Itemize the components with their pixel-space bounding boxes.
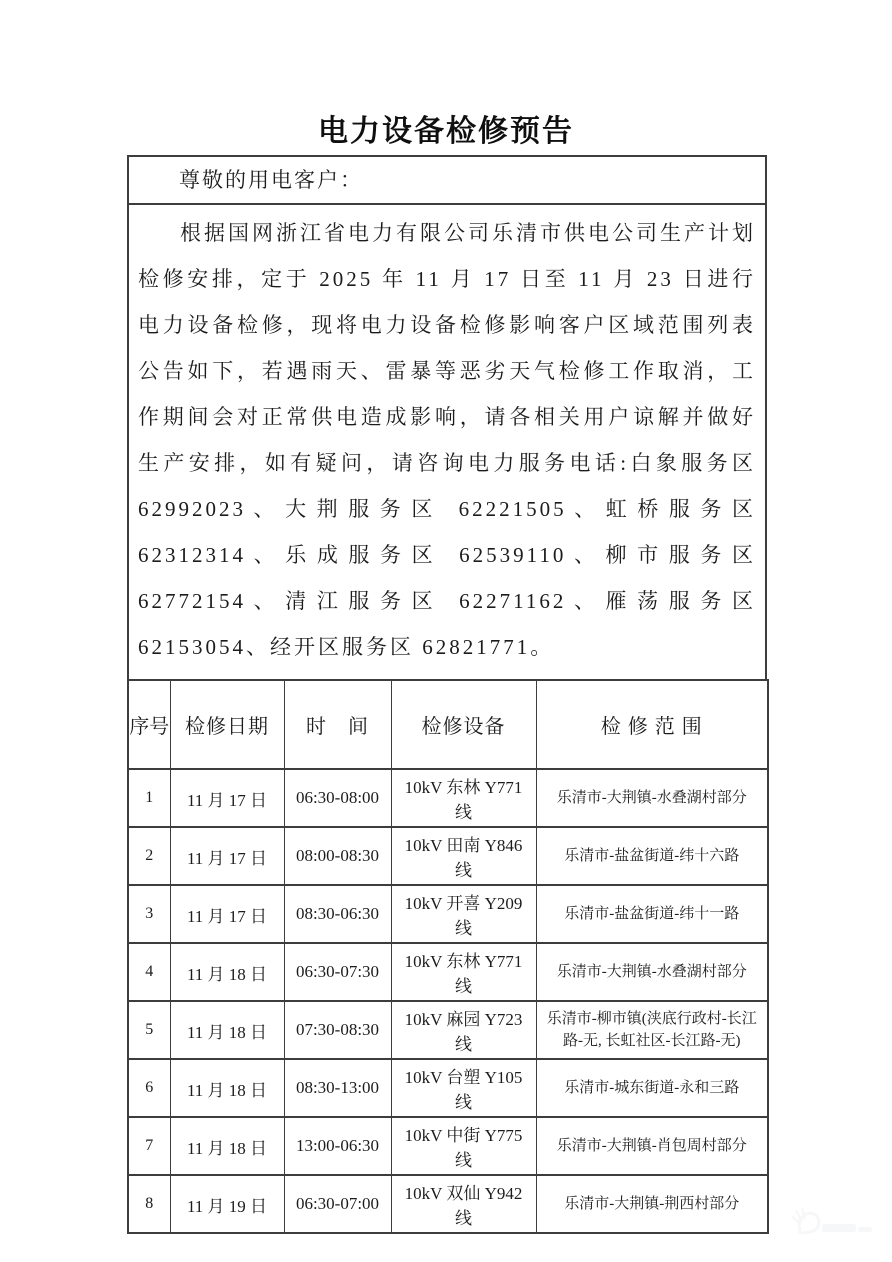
cell-seq: 8 (128, 1175, 170, 1233)
cell-scope: 乐清市-柳市镇(浃底行政村-长江路-无, 长虹社区-长江路-无) (536, 1001, 768, 1059)
notice-body-row: 根据国网浙江省电力有限公司乐清市供电公司生产计划检修安排，定于 2025 年 1… (127, 205, 767, 679)
cell-time: 06:30-07:30 (284, 943, 391, 1001)
maintenance-schedule-table: 序号 检修日期 时 间 检修设备 检 修 范 围 1 11 月 17 日 06:… (127, 679, 769, 1234)
table-row: 2 11 月 17 日 08:00-08:30 10kV 田南 Y846 线 乐… (128, 827, 768, 885)
cell-time: 08:30-06:30 (284, 885, 391, 943)
cell-time: 13:00-06:30 (284, 1117, 391, 1175)
cell-device: 10kV 开喜 Y209 线 (391, 885, 536, 943)
cell-scope: 乐清市-大荆镇-荆西村部分 (536, 1175, 768, 1233)
table-row: 5 11 月 18 日 07:30-08:30 10kV 麻园 Y723 线 乐… (128, 1001, 768, 1059)
cell-seq: 3 (128, 885, 170, 943)
cell-scope: 乐清市-大荆镇-肖包周村部分 (536, 1117, 768, 1175)
greeting-text: 尊敬的用电客户： (179, 168, 363, 192)
table-row: 3 11 月 17 日 08:30-06:30 10kV 开喜 Y209 线 乐… (128, 885, 768, 943)
greeting-row: 尊敬的用电客户： (127, 155, 767, 205)
page-title: 电力设备检修预告 (0, 106, 892, 150)
cell-device: 10kV 田南 Y846 线 (391, 827, 536, 885)
notice-paragraph: 根据国网浙江省电力有限公司乐清市供电公司生产计划检修安排，定于 2025 年 1… (138, 210, 756, 670)
col-header-device: 检修设备 (391, 680, 536, 769)
cell-date: 11 月 18 日 (170, 1117, 284, 1175)
cell-time: 07:30-08:30 (284, 1001, 391, 1059)
cell-device: 10kV 麻园 Y723 线 (391, 1001, 536, 1059)
col-header-time: 时 间 (284, 680, 391, 769)
cell-device: 10kV 双仙 Y942 线 (391, 1175, 536, 1233)
cell-date: 11 月 19 日 (170, 1175, 284, 1233)
cell-time: 08:30-13:00 (284, 1059, 391, 1117)
cell-date: 11 月 17 日 (170, 885, 284, 943)
table-row: 1 11 月 17 日 06:30-08:00 10kV 东林 Y771 线 乐… (128, 769, 768, 827)
cell-scope: 乐清市-城东街道-永和三路 (536, 1059, 768, 1117)
cell-time: 08:00-08:30 (284, 827, 391, 885)
notice-document: 尊敬的用电客户： 根据国网浙江省电力有限公司乐清市供电公司生产计划检修安排，定于… (127, 155, 767, 1234)
cell-seq: 5 (128, 1001, 170, 1059)
cell-seq: 1 (128, 769, 170, 827)
cell-date: 11 月 18 日 (170, 1059, 284, 1117)
cell-time: 06:30-08:00 (284, 769, 391, 827)
table-row: 4 11 月 18 日 06:30-07:30 10kV 东林 Y771 线 乐… (128, 943, 768, 1001)
cell-device: 10kV 东林 Y771 线 (391, 943, 536, 1001)
site-watermark-icon (786, 1200, 878, 1248)
cell-seq: 7 (128, 1117, 170, 1175)
cell-scope: 乐清市-大荆镇-水叠湖村部分 (536, 769, 768, 827)
table-row: 6 11 月 18 日 08:30-13:00 10kV 台塑 Y105 线 乐… (128, 1059, 768, 1117)
cell-date: 11 月 18 日 (170, 1001, 284, 1059)
col-header-scope: 检 修 范 围 (536, 680, 768, 769)
cell-date: 11 月 17 日 (170, 769, 284, 827)
cell-device: 10kV 中街 Y775 线 (391, 1117, 536, 1175)
cell-scope: 乐清市-大荆镇-水叠湖村部分 (536, 943, 768, 1001)
table-row: 7 11 月 18 日 13:00-06:30 10kV 中街 Y775 线 乐… (128, 1117, 768, 1175)
document-page: 电力设备检修预告 尊敬的用电客户： 根据国网浙江省电力有限公司乐清市供电公司生产… (0, 0, 892, 1262)
table-header-row: 序号 检修日期 时 间 检修设备 检 修 范 围 (128, 680, 768, 769)
cell-date: 11 月 17 日 (170, 827, 284, 885)
cell-time: 06:30-07:00 (284, 1175, 391, 1233)
cell-device: 10kV 台塑 Y105 线 (391, 1059, 536, 1117)
col-header-date: 检修日期 (170, 680, 284, 769)
table-row: 8 11 月 19 日 06:30-07:00 10kV 双仙 Y942 线 乐… (128, 1175, 768, 1233)
col-header-seq: 序号 (128, 680, 170, 769)
cell-scope: 乐清市-盐盆街道-纬十一路 (536, 885, 768, 943)
cell-seq: 2 (128, 827, 170, 885)
cell-seq: 4 (128, 943, 170, 1001)
cell-seq: 6 (128, 1059, 170, 1117)
cell-scope: 乐清市-盐盆街道-纬十六路 (536, 827, 768, 885)
cell-date: 11 月 18 日 (170, 943, 284, 1001)
cell-device: 10kV 东林 Y771 线 (391, 769, 536, 827)
